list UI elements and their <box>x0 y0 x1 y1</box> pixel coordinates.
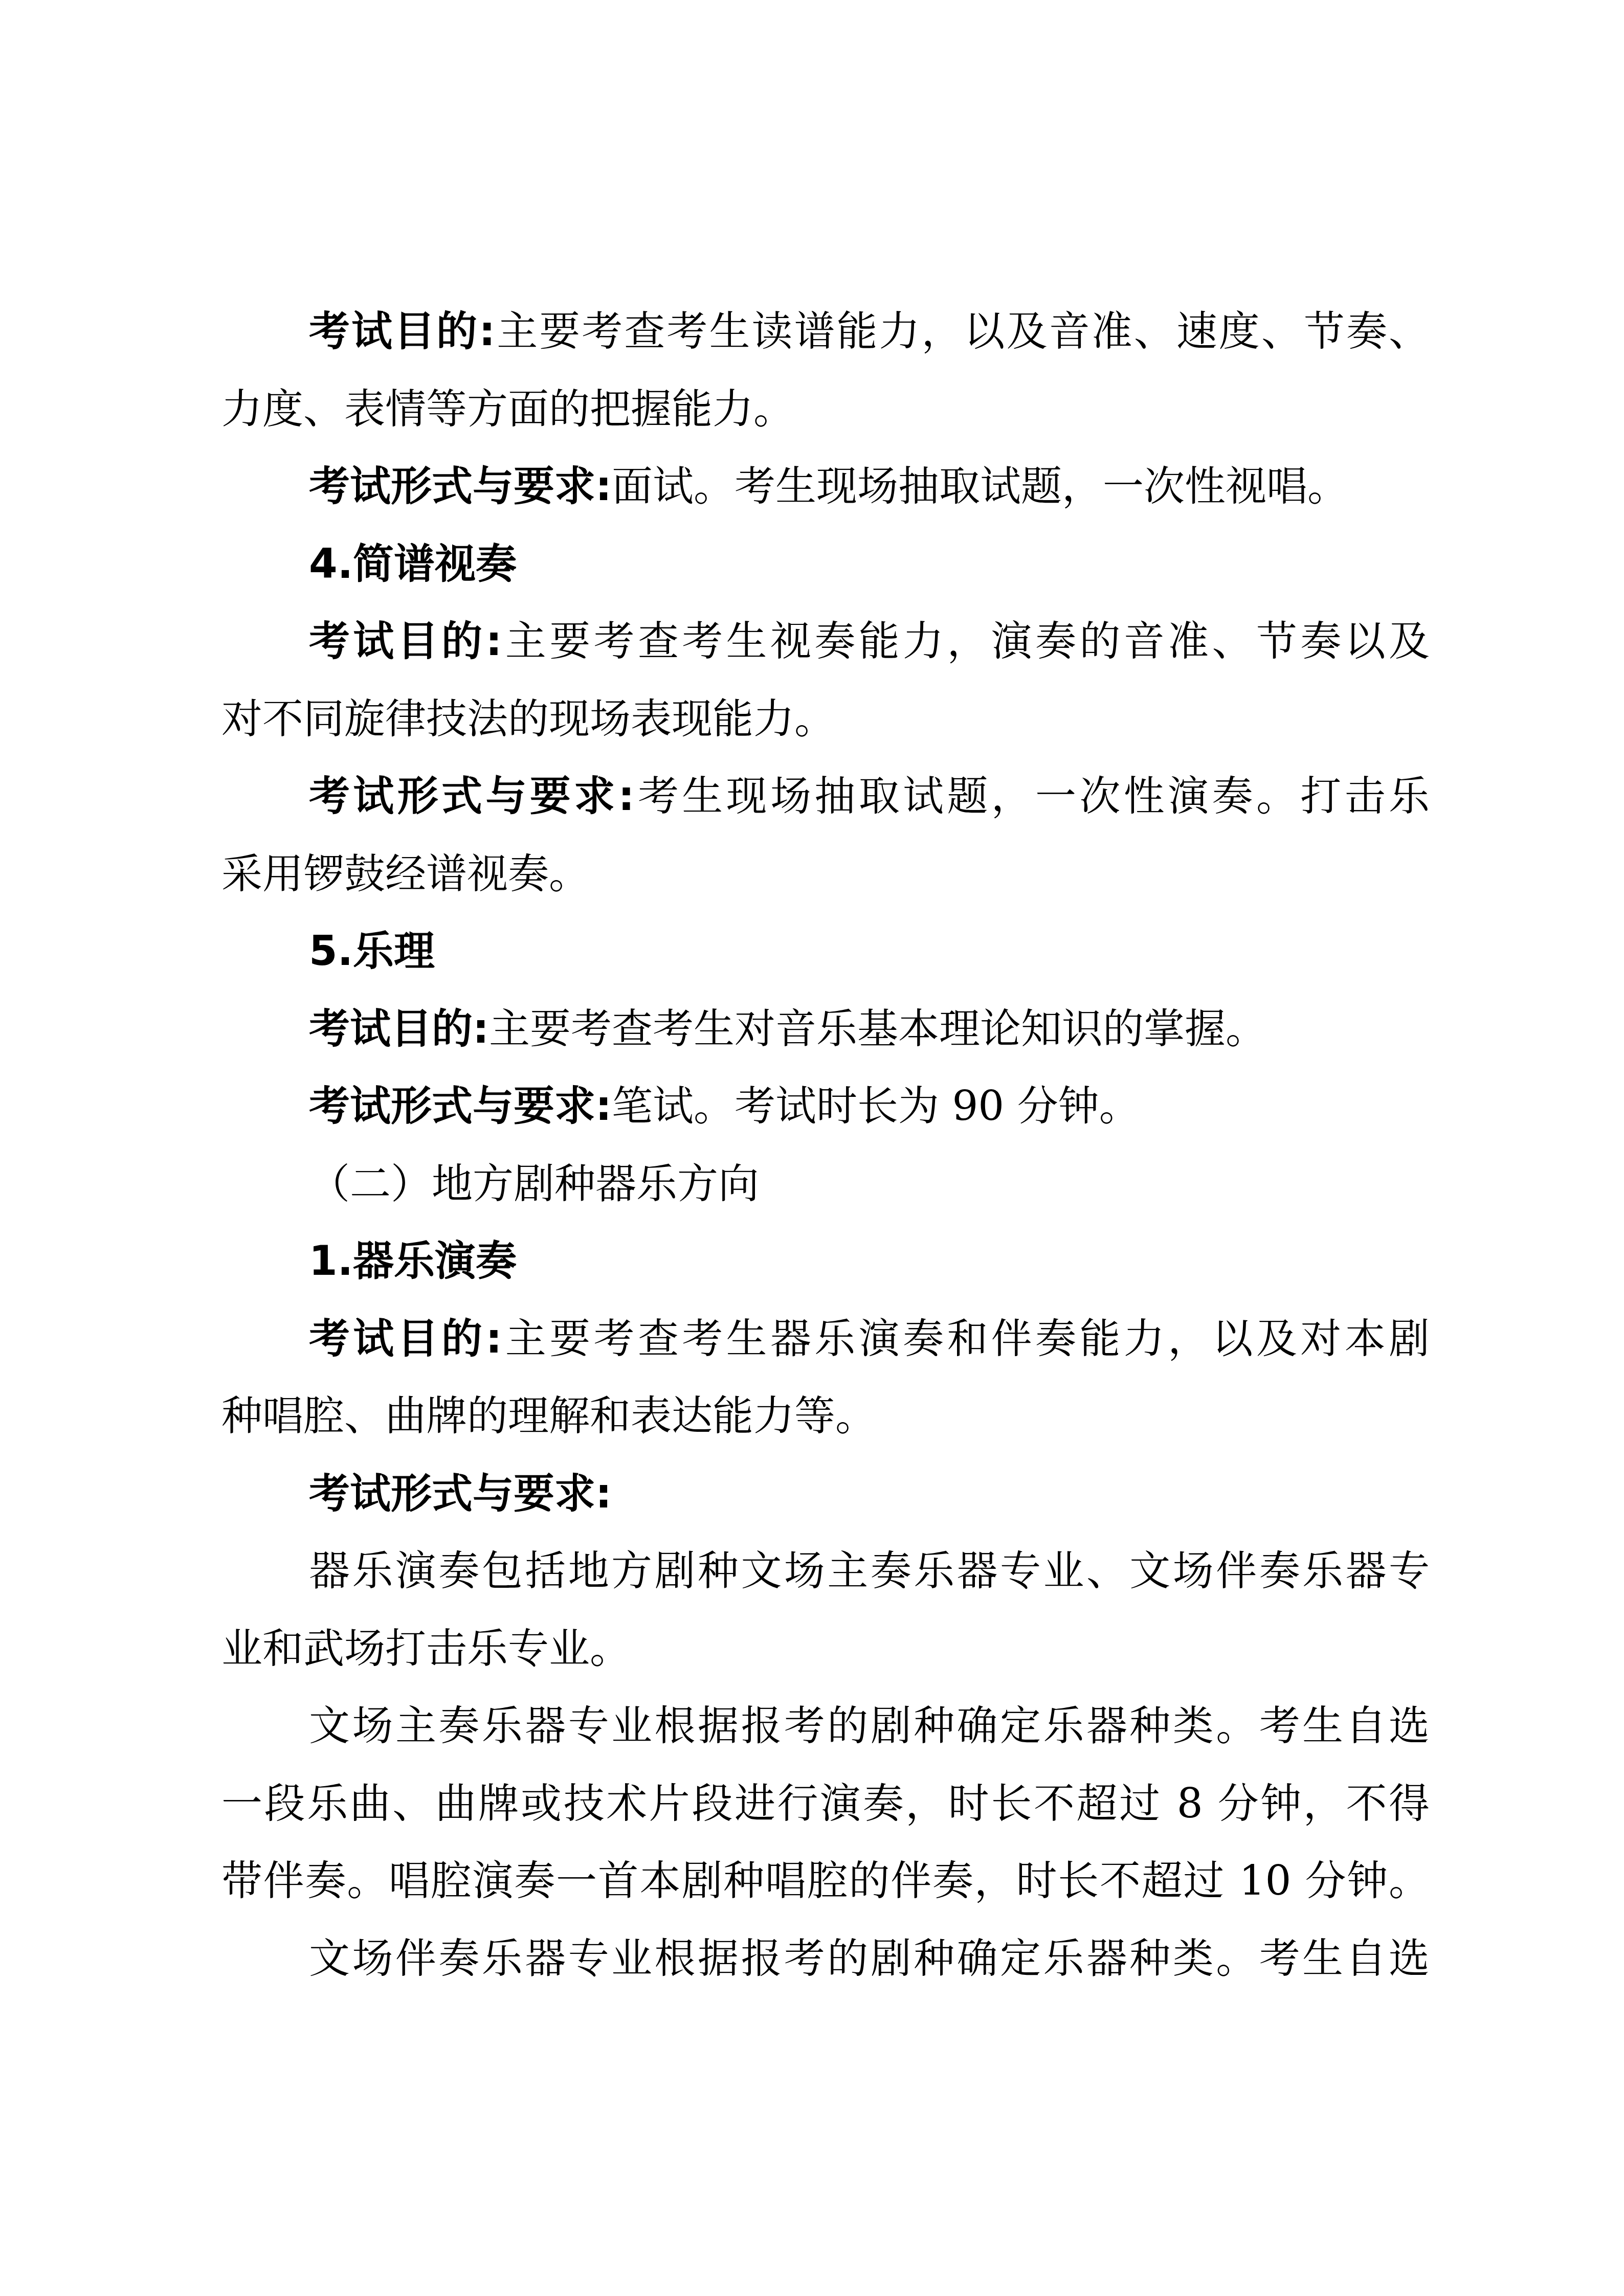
paragraph-text: 主要考查考生器乐演奏和伴奏能力，以及对本剧 <box>502 1315 1430 1362</box>
paragraph-line: 考试形式与要求:考生现场抽取试题，一次性演奏。打击乐 <box>221 757 1430 835</box>
exam-purpose-label: 考试目的: <box>309 1315 502 1362</box>
paragraph-line: 力度、表情等方面的把握能力。 <box>221 370 1430 448</box>
paragraph-line: 考试形式与要求:面试。考生现场抽取试题，一次性视唱。 <box>221 447 1430 525</box>
section-heading: 4.简谱视奏 <box>221 525 1430 603</box>
paragraph-text: 主要考查考生对音乐基本理论知识的掌握。 <box>489 1005 1266 1052</box>
paragraph-line: 带伴奏。唱腔演奏一首本剧种唱腔的伴奏，时长不超过 10 分钟。 <box>221 1842 1430 1920</box>
exam-purpose-label: 考试目的: <box>309 307 495 355</box>
exam-format-label: 考试形式与要求: <box>309 1470 612 1517</box>
paragraph-line: 考试目的:主要考查考生器乐演奏和伴奏能力，以及对本剧 <box>221 1300 1430 1378</box>
exam-format-label: 考试形式与要求: <box>309 1082 612 1130</box>
paragraph-line: 业和武场打击乐专业。 <box>221 1610 1430 1687</box>
paragraph-line: 考试目的:主要考查考生视奏能力，演奏的音准、节奏以及 <box>221 602 1430 680</box>
paragraph-text: 种唱腔、曲牌的理解和表达能力等。 <box>221 1392 876 1439</box>
section-heading: 1.器乐演奏 <box>221 1222 1430 1300</box>
paragraph-line: 器乐演奏包括地方剧种文场主奏乐器专业、文场伴奏乐器专 <box>221 1532 1430 1610</box>
paragraph-line: 种唱腔、曲牌的理解和表达能力等。 <box>221 1377 1430 1455</box>
paragraph-text: 业和武场打击乐专业。 <box>221 1625 631 1672</box>
paragraph-text: 主要考查考生读谱能力，以及音准、速度、节奏、 <box>495 307 1430 355</box>
paragraph-line: 文场伴奏乐器专业根据报考的剧种确定乐器种类。考生自选 <box>221 1920 1430 1997</box>
paragraph-text: 一段乐曲、曲牌或技术片段进行演奏，时长不超过 8 分钟，不得 <box>221 1780 1430 1827</box>
paragraph-text: 器乐演奏包括地方剧种文场主奏乐器专业、文场伴奏乐器专 <box>309 1547 1430 1594</box>
paragraph-text: 力度、表情等方面的把握能力。 <box>221 385 794 433</box>
paragraph-line: 考试目的:主要考查考生读谱能力，以及音准、速度、节奏、 <box>221 292 1430 370</box>
exam-format-label: 考试形式与要求: <box>309 772 635 820</box>
exam-purpose-label: 考试目的: <box>309 617 502 665</box>
paragraph-text: 笔试。考试时长为 90 分钟。 <box>612 1082 1140 1130</box>
paragraph-line: 对不同旋律技法的现场表现能力。 <box>221 680 1430 758</box>
paragraph-text: 主要考查考生视奏能力，演奏的音准、节奏以及 <box>502 617 1430 665</box>
exam-purpose-label: 考试目的: <box>309 1005 489 1052</box>
paragraph-text: 带伴奏。唱腔演奏一首本剧种唱腔的伴奏，时长不超过 10 分钟。 <box>221 1857 1430 1904</box>
subsection-heading: （二）地方剧种器乐方向 <box>221 1145 1430 1223</box>
paragraph-text: 考生现场抽取试题，一次性演奏。打击乐 <box>635 772 1430 820</box>
paragraph-line: 考试目的:主要考查考生对音乐基本理论知识的掌握。 <box>221 990 1430 1068</box>
section-heading: 5.乐理 <box>221 912 1430 990</box>
exam-format-label: 考试形式与要求: <box>309 462 612 510</box>
paragraph-line: 文场主奏乐器专业根据报考的剧种确定乐器种类。考生自选 <box>221 1687 1430 1765</box>
paragraph-text: 文场主奏乐器专业根据报考的剧种确定乐器种类。考生自选 <box>309 1702 1430 1749</box>
paragraph-text: 对不同旋律技法的现场表现能力。 <box>221 695 835 742</box>
paragraph-text: 面试。考生现场抽取试题，一次性视唱。 <box>612 462 1348 510</box>
document-page: 考试目的:主要考查考生读谱能力，以及音准、速度、节奏、 力度、表情等方面的把握能… <box>0 0 1624 2296</box>
document-body: 考试目的:主要考查考生读谱能力，以及音准、速度、节奏、 力度、表情等方面的把握能… <box>221 292 1430 1997</box>
paragraph-text: 文场伴奏乐器专业根据报考的剧种确定乐器种类。考生自选 <box>309 1934 1430 1982</box>
paragraph-line: 采用锣鼓经谱视奏。 <box>221 835 1430 913</box>
paragraph-line: 考试形式与要求: <box>221 1455 1430 1533</box>
paragraph-line: 一段乐曲、曲牌或技术片段进行演奏，时长不超过 8 分钟，不得 <box>221 1765 1430 1842</box>
paragraph-text: 采用锣鼓经谱视奏。 <box>221 850 590 897</box>
paragraph-line: 考试形式与要求:笔试。考试时长为 90 分钟。 <box>221 1067 1430 1145</box>
